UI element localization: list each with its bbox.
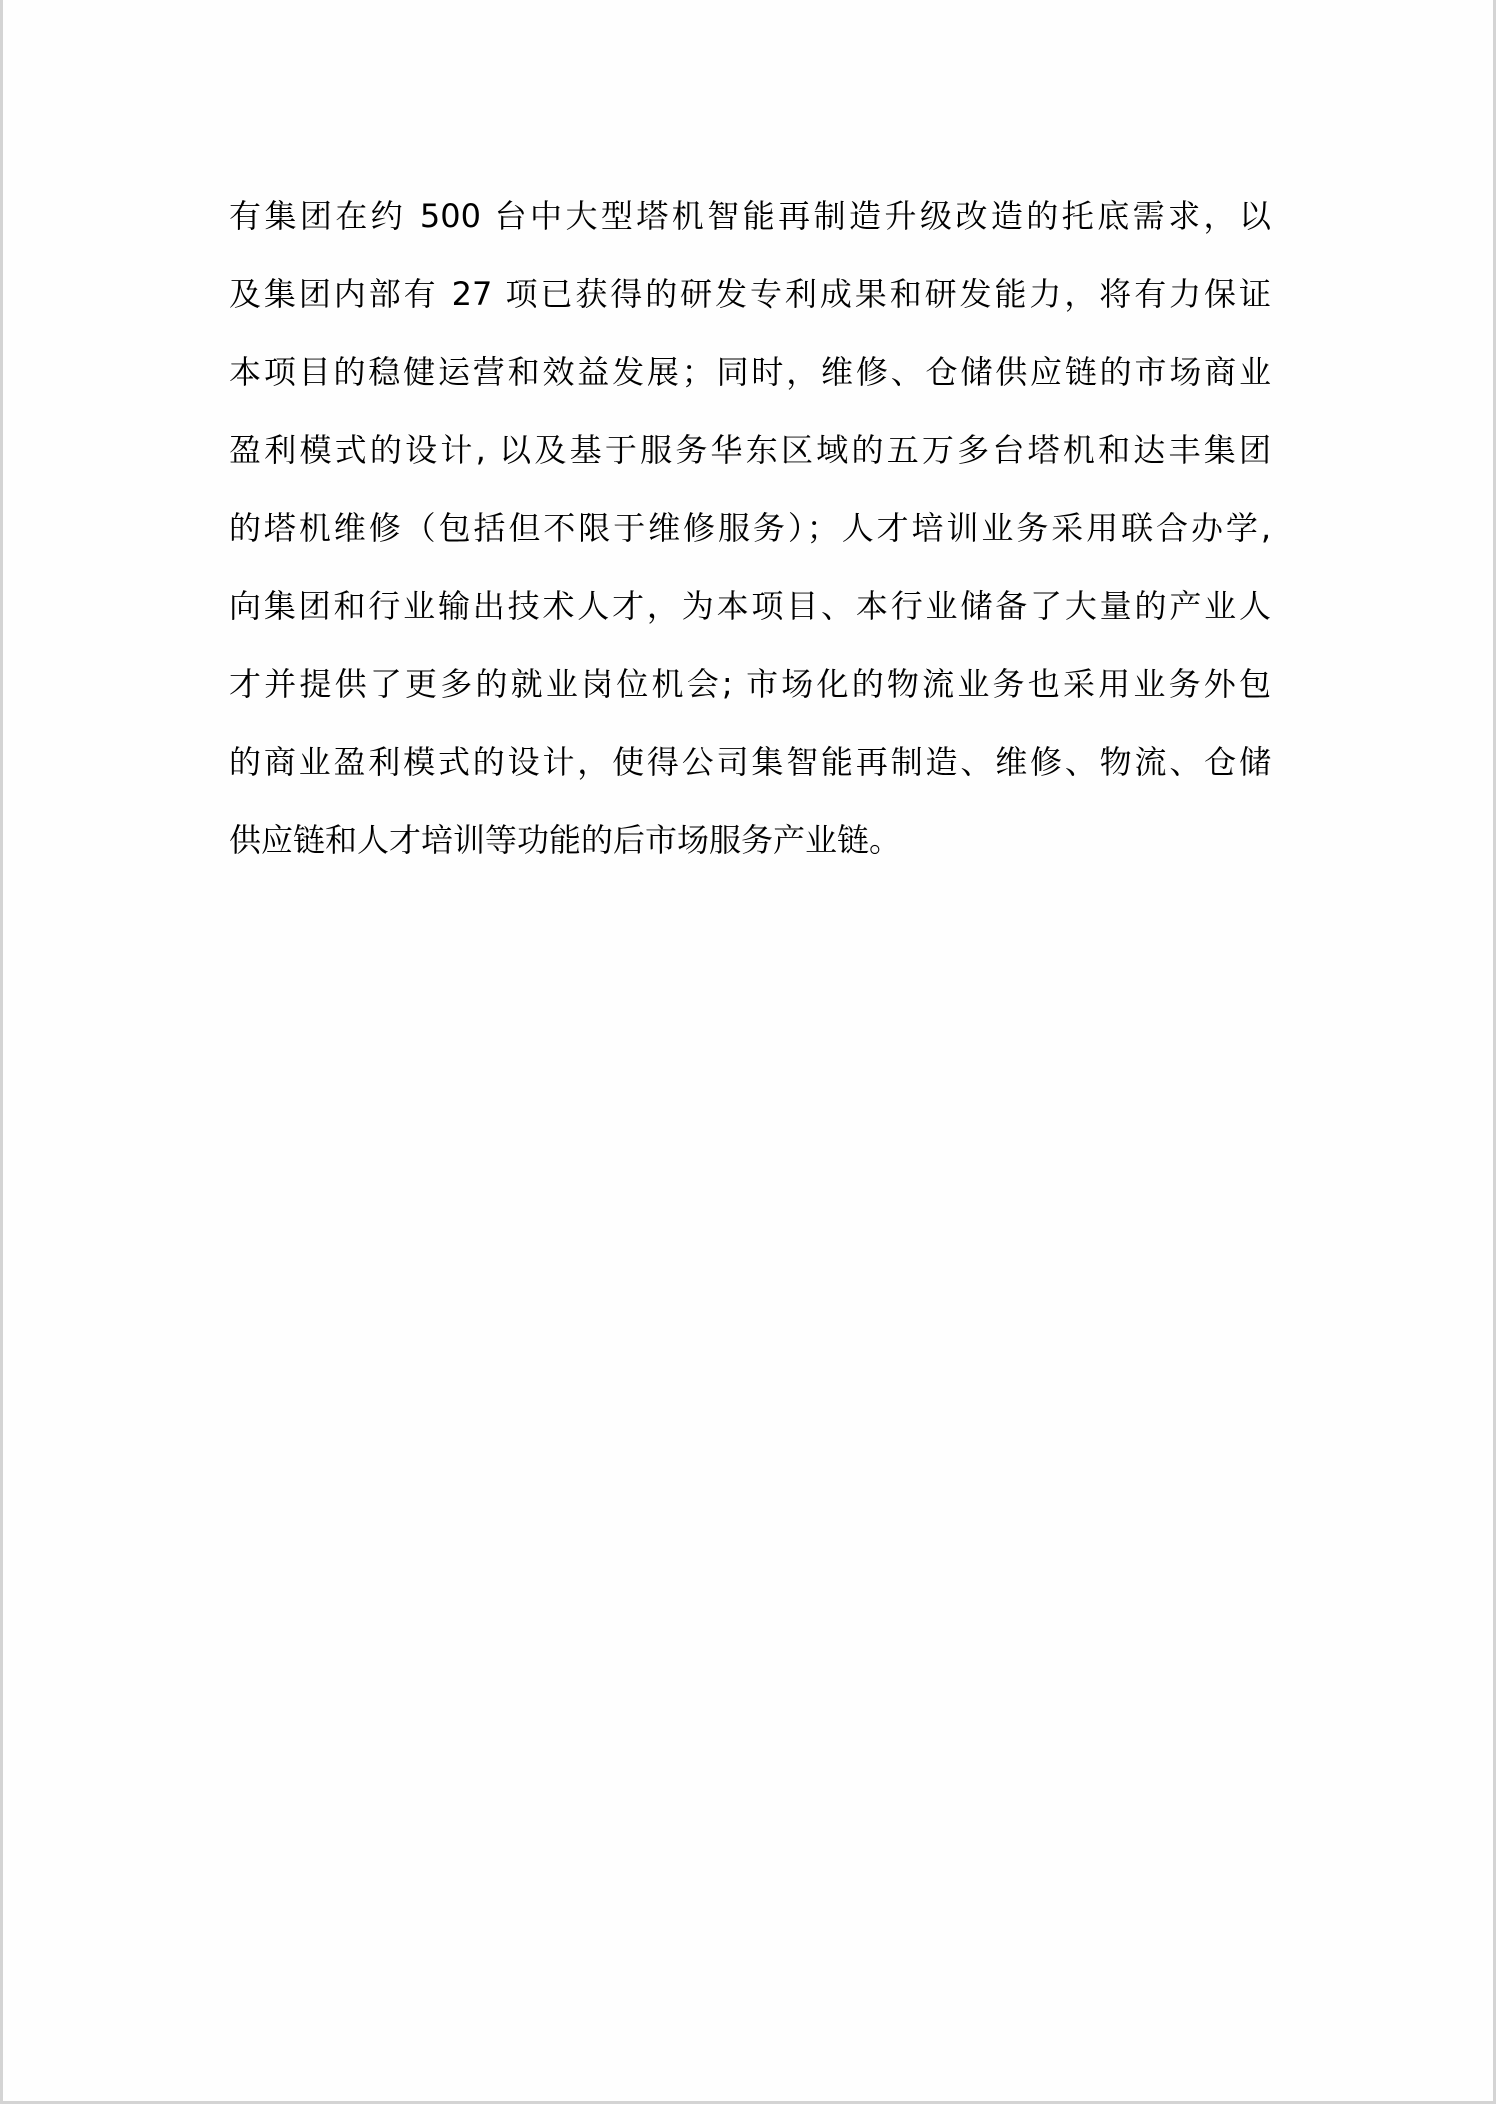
document-page: 有集团在约 500 台中大型塔机智能再制造升级改造的托底需求，以 及集团内部有 … [3,0,1493,2101]
paragraph-line-9: 供应链和人才培训等功能的后市场服务产业链。 [229,812,1271,890]
paragraph-line-6: 向集团和行业输出技术人才，为本项目、本行业储备了大量的产业人 [229,578,1271,656]
paragraph-line-8: 的商业盈利模式的设计，使得公司集智能再制造、维修、物流、仓储 [229,734,1271,812]
body-paragraph: 有集团在约 500 台中大型塔机智能再制造升级改造的托底需求，以 及集团内部有 … [229,188,1271,890]
paragraph-line-7: 才并提供了更多的就业岗位机会; 市场化的物流业务也采用业务外包 [229,656,1271,734]
paragraph-line-5: 的塔机维修（包括但不限于维修服务）；人才培训业务采用联合办学, [229,500,1271,578]
paragraph-line-2: 及集团内部有 27 项已获得的研发专利成果和研发能力，将有力保证 [229,266,1271,344]
paragraph-line-3: 本项目的稳健运营和效益发展；同时，维修、仓储供应链的市场商业 [229,344,1271,422]
paragraph-line-1: 有集团在约 500 台中大型塔机智能再制造升级改造的托底需求，以 [229,188,1271,266]
paragraph-line-4: 盈利模式的设计, 以及基于服务华东区域的五万多台塔机和达丰集团 [229,422,1271,500]
